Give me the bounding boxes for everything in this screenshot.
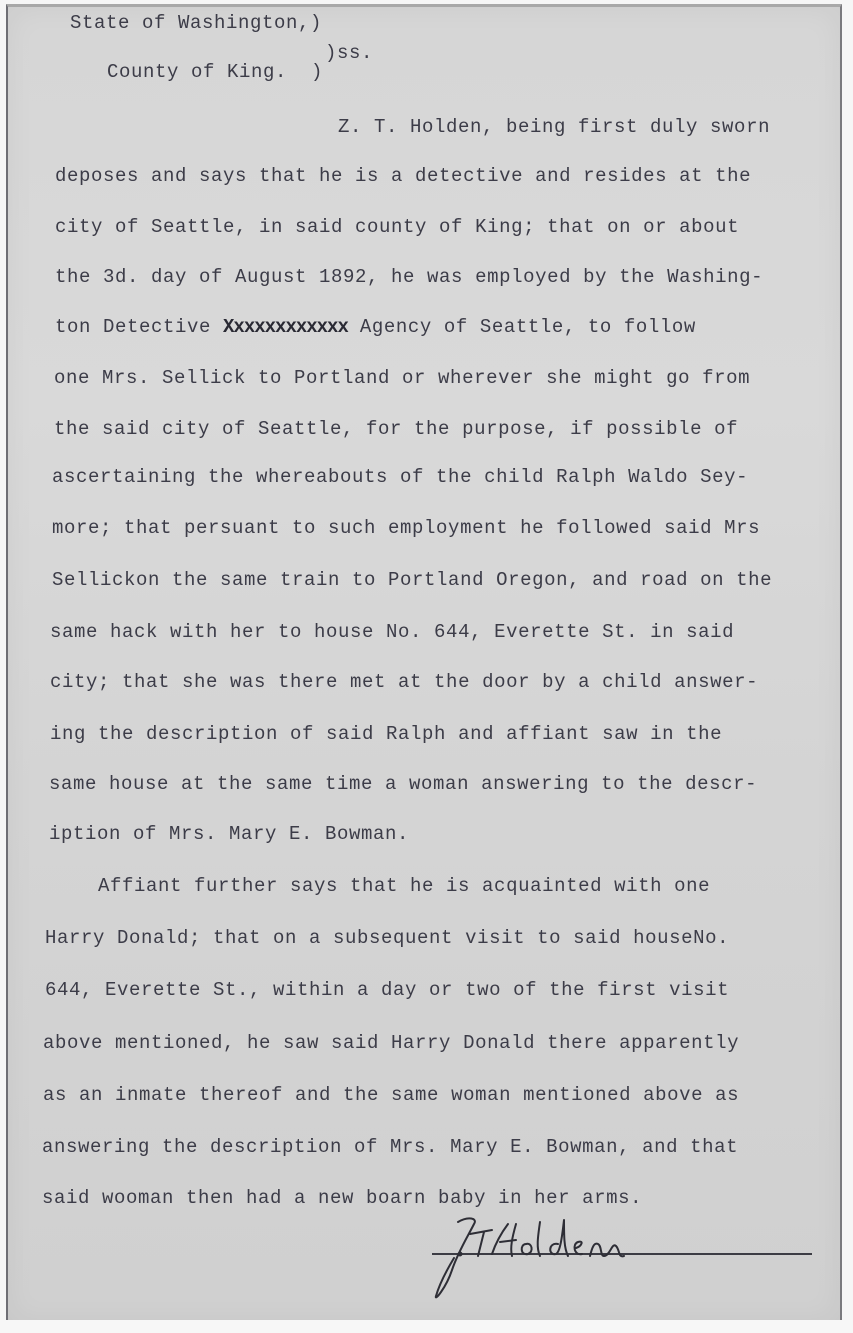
- body-line-3: city of Seattle, in said county of King;…: [55, 218, 739, 237]
- body-line-7: the said city of Seattle, for the purpos…: [54, 420, 738, 439]
- body-line-11: same hack with her to house No. 644, Eve…: [50, 623, 734, 642]
- body-line-14: same house at the same time a woman answ…: [49, 775, 757, 794]
- body-line-18: 644, Everette St., within a day or two o…: [45, 981, 729, 1000]
- body-line-9: more; that persuant to such employment h…: [52, 519, 760, 538]
- scanned-page: State of Washington,) )ss. County of Kin…: [0, 0, 853, 1333]
- caption-state: State of Washington,): [70, 14, 322, 33]
- handwritten-signature: [430, 1212, 710, 1312]
- caption-ss: )ss.: [325, 44, 373, 63]
- body-line-10: Sellickon the same train to Portland Ore…: [52, 571, 772, 590]
- body-line-22: said wooman then had a new boarn baby in…: [42, 1189, 642, 1208]
- body-line-1: Z. T. Holden, being first duly sworn: [338, 118, 770, 137]
- body-line-8: ascertaining the whereabouts of the chil…: [52, 468, 748, 487]
- struck-out-word: Xxxxxxxxxxxx: [223, 316, 348, 338]
- body-line-20: as an inmate thereof and the same woman …: [43, 1086, 739, 1105]
- caption-county: County of King. ): [107, 63, 323, 82]
- paper-sheet: [6, 4, 842, 1323]
- body-line-17: Harry Donald; that on a subsequent visit…: [45, 929, 729, 948]
- body-line-19: above mentioned, he saw said Harry Donal…: [43, 1034, 739, 1053]
- body-line-21: answering the description of Mrs. Mary E…: [42, 1138, 738, 1157]
- body-line-4: the 3d. day of August 1892, he was emplo…: [55, 268, 763, 287]
- body-line-16: Affiant further says that he is acquaint…: [98, 877, 710, 896]
- body-line-15: iption of Mrs. Mary E. Bowman.: [49, 825, 409, 844]
- body-line-2: deposes and says that he is a detective …: [55, 167, 751, 186]
- body-line-12: city; that she was there met at the door…: [50, 673, 758, 692]
- body-line-13: ing the description of said Ralph and af…: [50, 725, 722, 744]
- body-line-5: ton Detective Xxxxxxxxxxxx Agency of Sea…: [55, 318, 696, 337]
- scan-margin: [0, 1320, 853, 1333]
- body-line-5-end: Agency of Seattle, to follow: [348, 316, 696, 338]
- body-line-5-start: ton Detective: [55, 316, 223, 338]
- body-line-6: one Mrs. Sellick to Portland or wherever…: [54, 369, 750, 388]
